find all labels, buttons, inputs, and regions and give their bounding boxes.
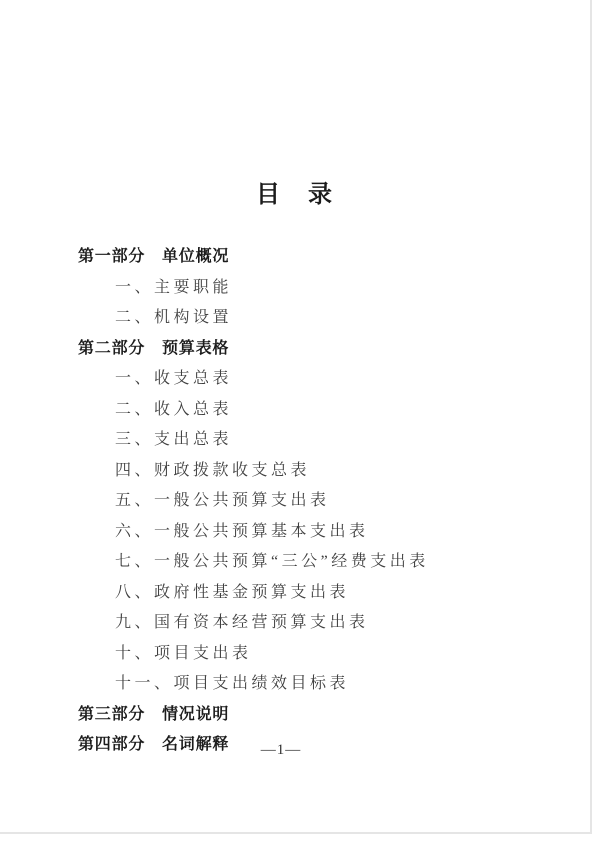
toc-item: 八、政府性基金预算支出表 — [78, 578, 568, 609]
toc-item: 十一、项目支出绩效目标表 — [78, 669, 568, 700]
page-title: 目 录 — [0, 174, 590, 209]
toc-section-heading: 第二部分 预算表格 — [78, 334, 568, 365]
toc-item: 二、机构设置 — [78, 303, 568, 334]
toc-item: 六、一般公共预算基本支出表 — [78, 517, 568, 548]
toc-item: 二、收入总表 — [78, 395, 568, 426]
page-number: —1— — [0, 742, 576, 759]
toc-item: 三、支出总表 — [78, 425, 568, 456]
toc-item: 一、收支总表 — [78, 364, 568, 395]
toc-item: 一、主要职能 — [78, 273, 568, 304]
page-edge-right — [590, 0, 592, 834]
toc-item: 四、财政拨款收支总表 — [78, 456, 568, 487]
toc-section-heading: 第三部分 情况说明 — [78, 700, 568, 731]
document-page: 目 录 第一部分 单位概况 一、主要职能 二、机构设置 第二部分 预算表格 一、… — [0, 0, 596, 841]
toc-item: 十、项目支出表 — [78, 639, 568, 670]
toc-item: 九、国有资本经营预算支出表 — [78, 608, 568, 639]
page-edge-bottom — [0, 832, 592, 834]
toc-item: 七、一般公共预算“三公”经费支出表 — [78, 547, 568, 578]
toc-item: 五、一般公共预算支出表 — [78, 486, 568, 517]
toc-section-heading: 第一部分 单位概况 — [78, 242, 568, 273]
table-of-contents: 第一部分 单位概况 一、主要职能 二、机构设置 第二部分 预算表格 一、收支总表… — [78, 242, 568, 761]
